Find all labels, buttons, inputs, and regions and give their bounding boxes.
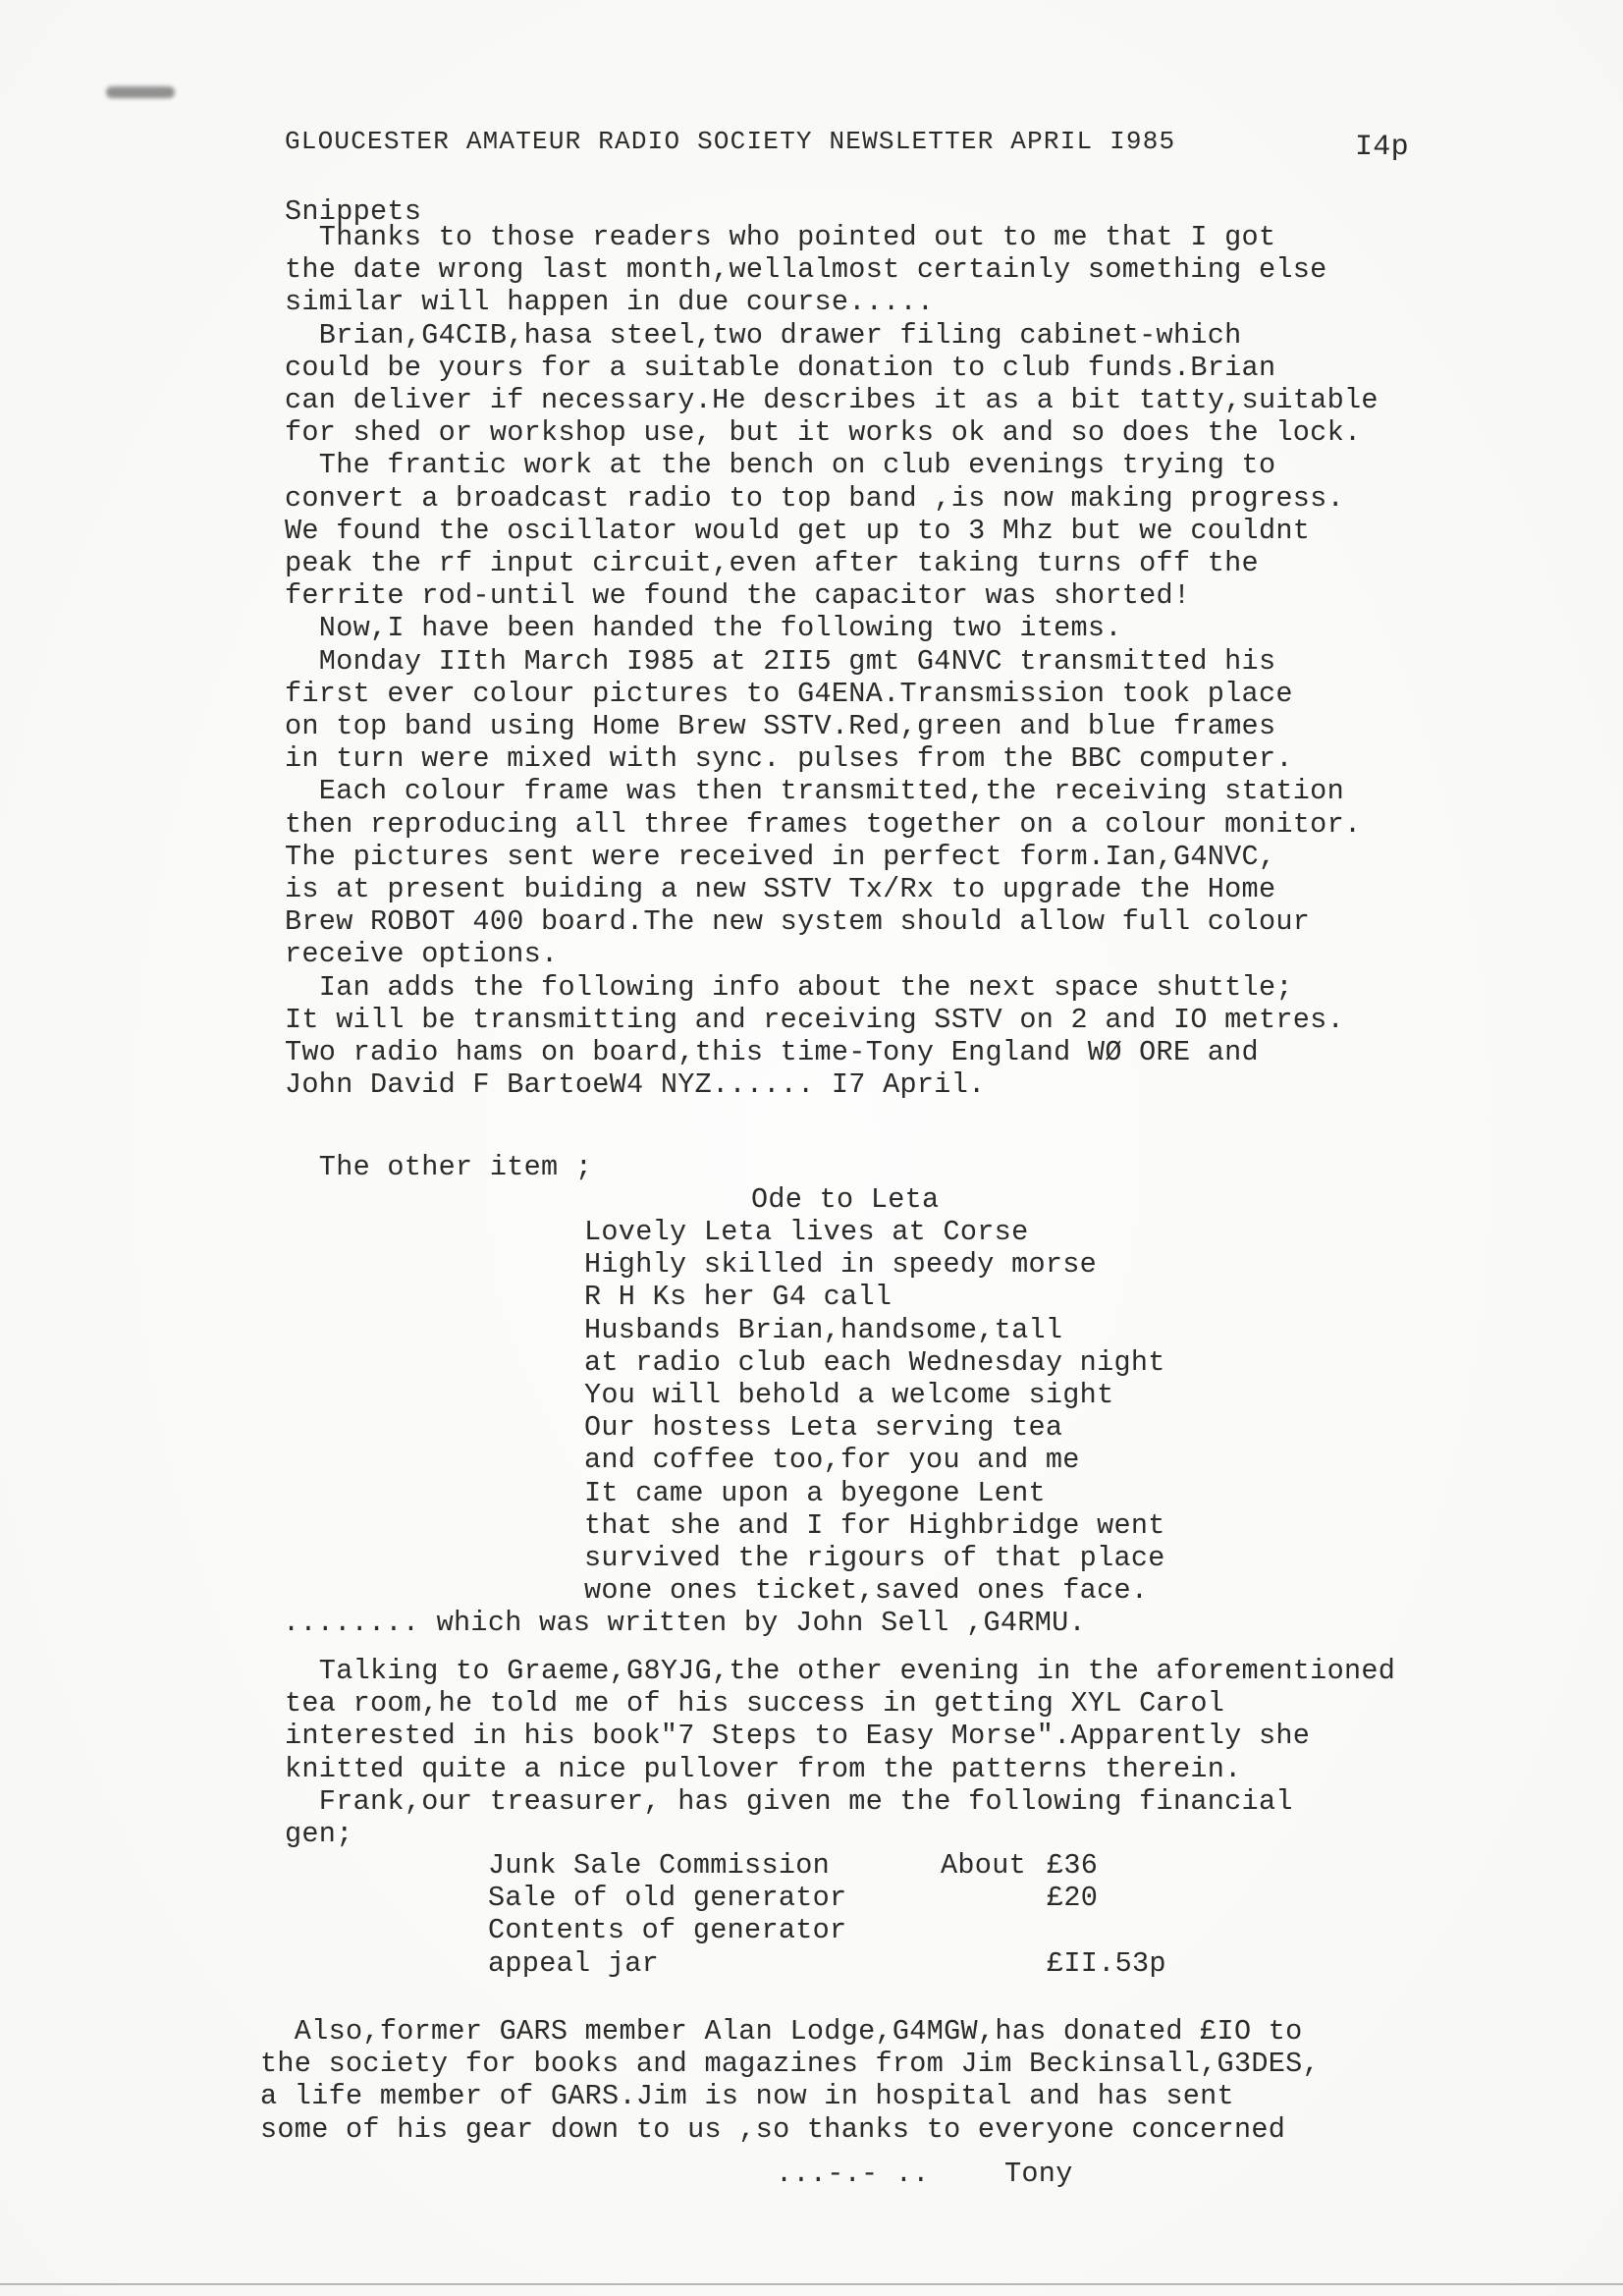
body-line: The pictures sent were received in perfe… [285, 841, 1275, 873]
finance-item: appeal jar [488, 1947, 659, 1980]
body-line: for shed or workshop use, but it works o… [285, 416, 1361, 449]
body-line: The frantic work at the bench on club ev… [285, 449, 1275, 481]
other-item-label: The other item ; [285, 1151, 592, 1183]
body-line: Frank,our treasurer, has given me the fo… [285, 1785, 1293, 1818]
body-line: could be yours for a suitable donation t… [285, 352, 1275, 384]
body-line: Now,I have been handed the following two… [285, 612, 1122, 644]
body-line: Each colour frame was then transmitted,t… [285, 775, 1344, 807]
poem-line: Lovely Leta lives at Corse [584, 1216, 1028, 1248]
body-line: first ever colour pictures to G4ENA.Tran… [285, 678, 1293, 710]
finance-amount: £36 [1047, 1849, 1098, 1882]
body-line: Monday IIth March I985 at 2II5 gmt G4NVC… [285, 645, 1275, 678]
body-line: in turn were mixed with sync. pulses fro… [285, 742, 1293, 775]
signoff-morse: ...-.- .. [776, 2158, 930, 2190]
finance-qualifier: About [941, 1849, 1026, 1882]
poem-line: at radio club each Wednesday night [584, 1346, 1165, 1379]
poem-line: wone ones ticket,saved ones face. [584, 1574, 1148, 1607]
body-line: gen; [285, 1818, 353, 1850]
newsletter-price: I4p [1355, 132, 1409, 164]
poem-title: Ode to Leta [751, 1183, 939, 1216]
finance-item: Contents of generator [488, 1914, 846, 1946]
poem-line: Highly skilled in speedy morse [584, 1248, 1097, 1281]
body-line: Also,former GARS member Alan Lodge,G4MGW… [260, 2015, 1303, 2048]
body-line: receive options. [285, 938, 558, 970]
body-line: on top band using Home Brew SSTV.Red,gre… [285, 710, 1275, 742]
poem-line: that she and I for Highbridge went [584, 1509, 1165, 1542]
ink-smudge [106, 86, 175, 98]
poem-line: You will behold a welcome sight [584, 1379, 1114, 1411]
signoff-name: Tony [1004, 2158, 1073, 2190]
body-line: can deliver if necessary.He describes it… [285, 384, 1379, 416]
body-line: knitted quite a nice pullover from the p… [285, 1753, 1242, 1785]
page-edge [0, 2283, 1623, 2285]
body-line: We found the oscillator would get up to … [285, 515, 1310, 547]
poem-line: Husbands Brian,handsome,tall [584, 1314, 1062, 1346]
body-line: is at present buiding a new SSTV Tx/Rx t… [285, 873, 1275, 905]
body-line: Ian adds the following info about the ne… [285, 971, 1293, 1004]
finance-amount: £II.53p [1047, 1947, 1166, 1980]
finance-item: Sale of old generator [488, 1882, 846, 1914]
body-line: some of his gear down to us ,so thanks t… [260, 2113, 1285, 2146]
finance-amount: £20 [1047, 1882, 1098, 1914]
body-line: Thanks to those readers who pointed out … [285, 221, 1275, 253]
body-line: peak the rf input circuit,even after tak… [285, 547, 1259, 579]
poem-line: R H Ks her G4 call [584, 1281, 892, 1313]
body-line: Two radio hams on board,this time-Tony E… [285, 1036, 1259, 1068]
poem-line: and coffee too,for you and me [584, 1444, 1080, 1476]
body-line: the date wrong last month,wellalmost cer… [285, 253, 1327, 286]
poem-attribution: ........ which was written by John Sell … [283, 1607, 1086, 1639]
newsletter-page: GLOUCESTER AMATEUR RADIO SOCIETY NEWSLET… [0, 0, 1623, 2296]
body-line: It will be transmitting and receiving SS… [285, 1004, 1344, 1036]
body-line: interested in his book"7 Steps to Easy M… [285, 1720, 1310, 1752]
body-line: John David F BartoeW4 NYZ...... I7 April… [285, 1068, 986, 1101]
body-line: convert a broadcast radio to top band ,i… [285, 482, 1344, 515]
body-line: Brew ROBOT 400 board.The new system shou… [285, 905, 1310, 938]
body-line: the society for books and magazines from… [260, 2048, 1320, 2080]
poem-line: It came upon a byegone Lent [584, 1477, 1046, 1509]
newsletter-title: GLOUCESTER AMATEUR RADIO SOCIETY NEWSLET… [285, 126, 1175, 158]
poem-line: Our hostess Leta serving tea [584, 1411, 1062, 1444]
poem-line: survived the rigours of that place [584, 1542, 1165, 1574]
body-line: a life member of GARS.Jim is now in hosp… [260, 2080, 1234, 2112]
body-line: ferrite rod-until we found the capacitor… [285, 579, 1190, 612]
body-line: tea room,he told me of his success in ge… [285, 1687, 1224, 1720]
body-line: similar will happen in due course..... [285, 286, 934, 318]
body-line: Talking to Graeme,G8YJG,the other evenin… [285, 1655, 1395, 1687]
body-line: then reproducing all three frames togeth… [285, 808, 1361, 841]
finance-item: Junk Sale Commission [488, 1849, 830, 1882]
body-line: Brian,G4CIB,hasa steel,two drawer filing… [285, 319, 1242, 352]
